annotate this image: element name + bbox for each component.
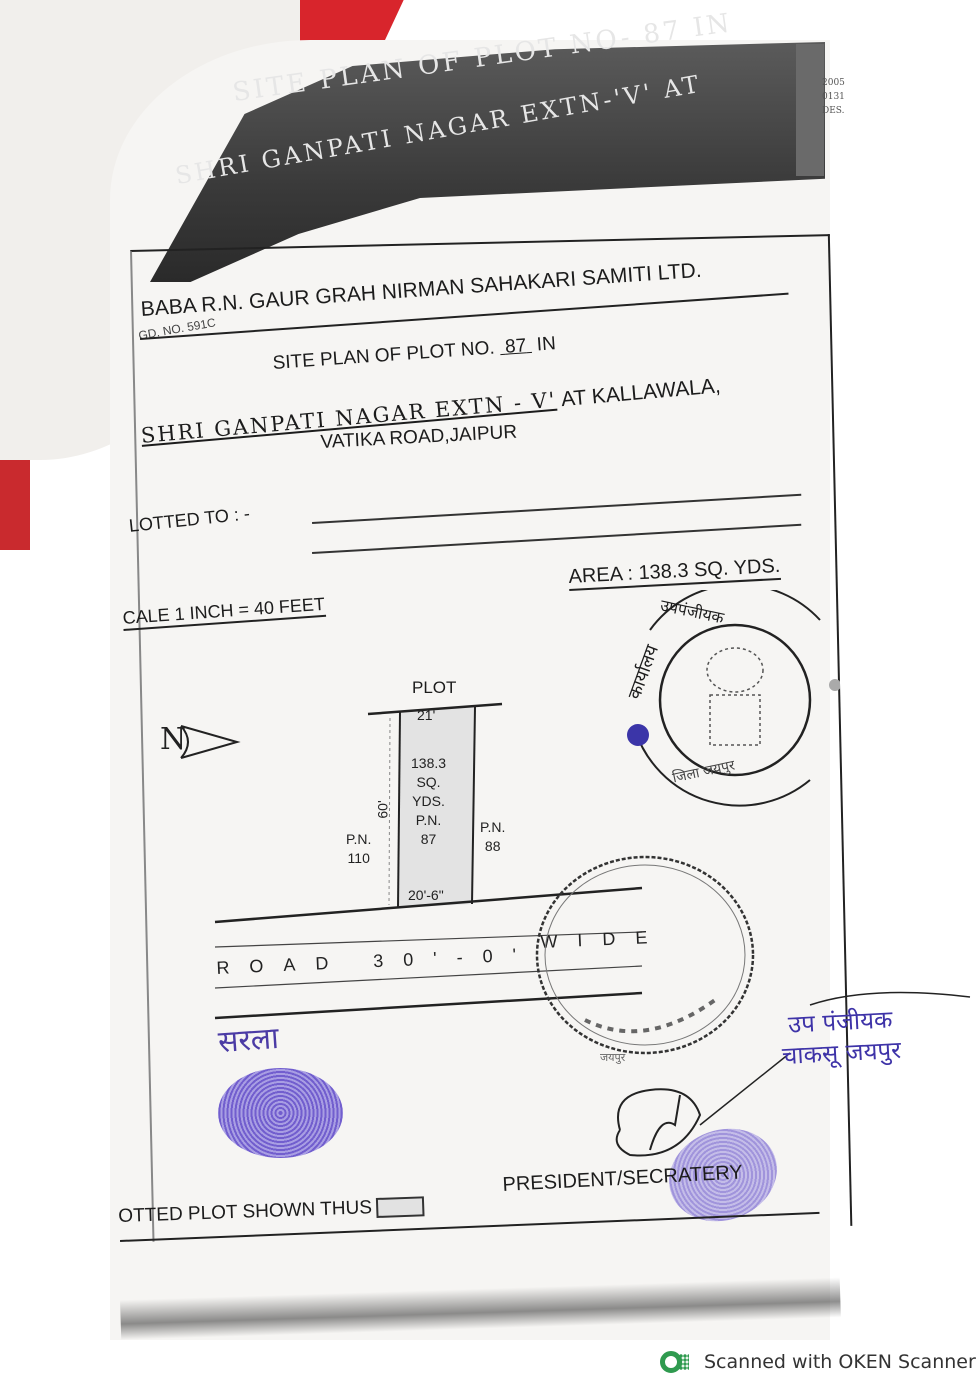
plot-area: 138.3 SQ. YDS. P.N. 87 bbox=[411, 754, 446, 849]
left-neighbor-plot: P.N. 110 bbox=[346, 830, 371, 868]
scanner-watermark: Scanned with OKEN Scanner bbox=[704, 1351, 976, 1373]
header-band-edge bbox=[796, 44, 824, 176]
plot-heading: PLOT bbox=[412, 678, 456, 698]
allottee-thumb-impression bbox=[218, 1068, 343, 1158]
north-arrow-icon bbox=[175, 722, 245, 762]
plot-front-width: 21' bbox=[417, 706, 435, 725]
registrar-note-line2: चाकसू जयपुर bbox=[781, 1033, 901, 1072]
oken-logo-dots-icon bbox=[679, 1354, 689, 1370]
plot-number: 87 bbox=[499, 335, 532, 358]
side-note: 2005 0131 DES. bbox=[822, 76, 845, 118]
plot-rear-width: 20'-6" bbox=[408, 886, 444, 905]
right-neighbor-plot: P.N. 88 bbox=[480, 818, 505, 856]
allottee-signature: सरला bbox=[217, 1016, 280, 1061]
plot-depth: 60' bbox=[374, 800, 393, 818]
legend-swatch bbox=[376, 1196, 425, 1218]
